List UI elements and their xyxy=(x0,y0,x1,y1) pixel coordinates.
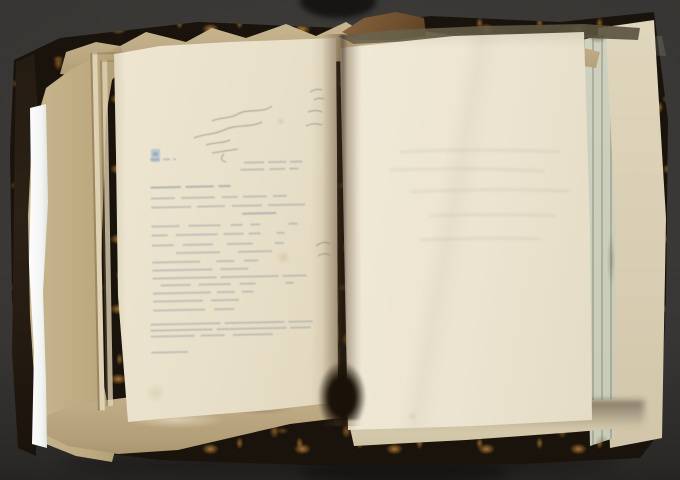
left-page xyxy=(110,36,338,424)
right-page xyxy=(334,28,596,432)
gutter-bottom-shadow xyxy=(318,362,366,420)
scanned-book-photograph xyxy=(0,0,680,480)
